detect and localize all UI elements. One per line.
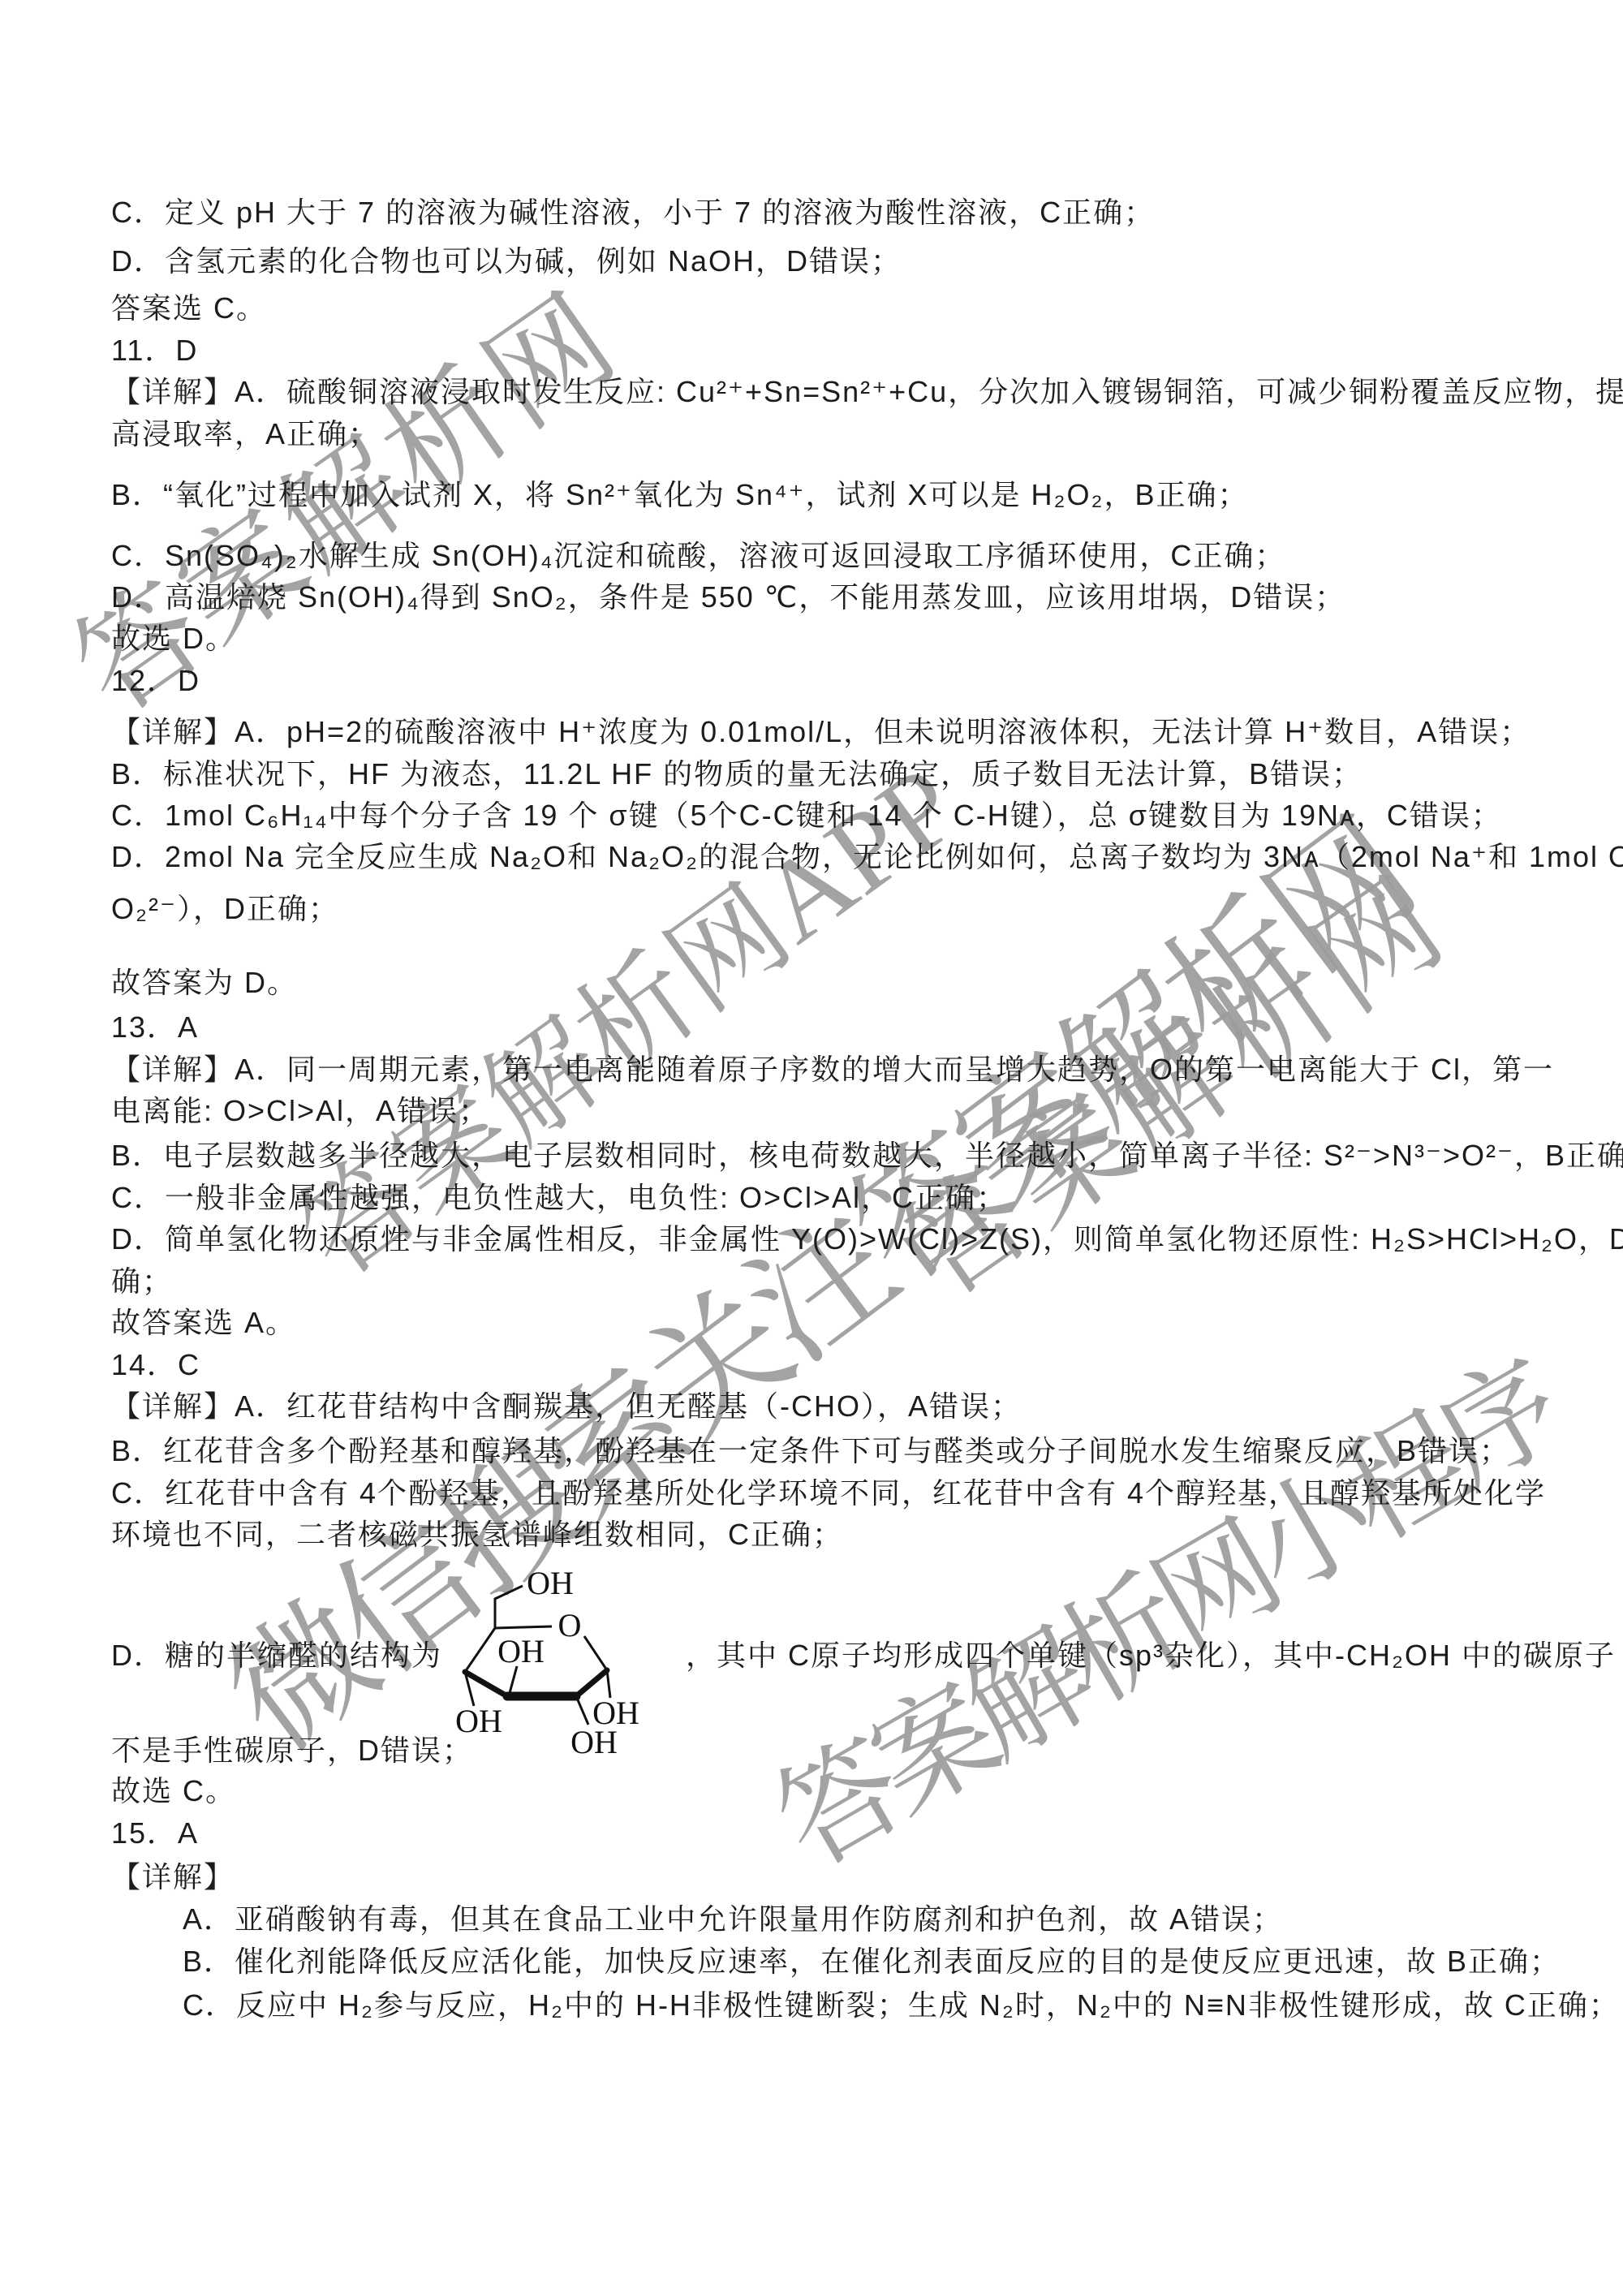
hemiacetal-structure-diagram: O OH OH OH OH OH: [438, 1558, 665, 1773]
q10-option-c-line: C．定义 pH 大于 7 的溶液为碱性溶液，小于 7 的溶液为酸性溶液，C正确；: [111, 193, 1155, 232]
q12-number-line: 12．D: [111, 661, 200, 700]
q10-answer-line: 答案选 C。: [111, 289, 267, 328]
q12-option-d-line-2: O₂²⁻），D正确；: [111, 890, 339, 928]
hydroxyl-label-left: OH: [455, 1703, 502, 1739]
q15-option-a-line: A．亚硝酸钠有毒，但其在食品工业中允许限量用作防腐剂和护色剂，故 A错误；: [183, 1900, 1283, 1939]
q11-option-d-line: D．高温焙烧 Sn(OH)₄得到 SnO₂，条件是 550 ℃，不能用蒸发皿，应…: [111, 578, 1345, 617]
q11-number-line: 11．D: [111, 331, 198, 370]
q14-option-c-line-2: 环境也不同，二者核磁共振氢谱峰组数相同，C正确；: [111, 1515, 843, 1554]
q12-option-b-line: B．标准状况下，HF 为液态，11.2L HF 的物质的量无法确定，质子数目无法…: [111, 755, 1363, 794]
q14-option-d-tail: ，其中 C原子均形成四个单键（sp³杂化），其中-CH₂OH 中的碳原子: [686, 1636, 1616, 1675]
q15-detail-label: 【详解】: [111, 1858, 235, 1897]
q10-option-d-line: D．含氢元素的化合物也可以为碱，例如 NaOH，D错误；: [111, 242, 902, 281]
q13-option-b-line: B．电子层数越多半径越大，电子层数相同时，核电荷数越大，半径越小，简单离子半径:…: [111, 1136, 1623, 1175]
ch2oh-bond: [495, 1586, 523, 1628]
q15-option-c-line: C．反应中 H₂参与反应，H₂中的 H-H非极性键断裂；生成 N₂时，N₂中的 …: [183, 1986, 1620, 2025]
q11-answer-line: 故选 D。: [111, 619, 236, 658]
q13-number-line: 13．A: [111, 1008, 199, 1047]
ring-oxygen-label: O: [558, 1607, 582, 1643]
q12-answer-line: 故答案为 D。: [111, 963, 298, 1002]
q11-option-b-line: B．“氧化”过程中加入试剂 X，将 Sn²⁺氧化为 Sn⁴⁺，试剂 X可以是 H…: [111, 476, 1249, 515]
q14-option-d-lead: D．糖的半缩醛的结构为: [111, 1636, 442, 1675]
bottom-oh-bond: [576, 1696, 588, 1725]
hydroxyl-label-mid: OH: [497, 1633, 545, 1669]
ring-bond-left: [465, 1628, 495, 1672]
q14-option-c-line-1: C．红花苷中含有 4个酚羟基，且酚羟基所处化学环境不同，红花苷中含有 4个醇羟基…: [111, 1474, 1546, 1513]
q12-option-c-line: C．1mol C₆H₁₄中每个分子含 19 个 σ键（5个C-C键和 14 个 …: [111, 796, 1502, 835]
q12-detail-a-line: 【详解】A．pH=2的硫酸溶液中 H⁺浓度为 0.01mol/L，但未说明溶液体…: [111, 713, 1530, 752]
q11-option-c-line: C．Sn(SO₄)₂水解生成 Sn(OH)₄沉淀和硫酸，溶液可返回浸取工序循环使…: [111, 536, 1285, 575]
q14-number-line: 14．C: [111, 1346, 200, 1385]
q15-number-line: 15．A: [111, 1814, 199, 1853]
q13-detail-a-line-2: 电离能: O>Cl>Al，A错误；: [111, 1092, 489, 1131]
q14-detail-a-line: 【详解】A．红花苷结构中含酮羰基，但无醛基（-CHO），A错误；: [111, 1387, 1022, 1426]
q15-option-b-line: B．催化剂能降低反应活化能，加快反应速率，在催化剂表面反应的目的是使反应更迅速，…: [183, 1942, 1561, 1981]
hydroxyl-label-bottom: OH: [570, 1724, 618, 1760]
q11-detail-a-line-1: 【详解】A．硫酸铜溶液浸取时发生反应: Cu²⁺+Sn=Sn²⁺+Cu，分次加入…: [111, 373, 1623, 411]
ring-bond-o-right: [584, 1636, 607, 1670]
q13-option-c-line: C．一般非金属性越强，电负性越大，电负性: O>Cl>Al，C正确；: [111, 1178, 1007, 1217]
q14-option-b-line: B．红花苷含多个酚羟基和醇羟基，酚羟基在一定条件下可与醛类或分子间脱水发生缩聚反…: [111, 1432, 1510, 1471]
document-page: 答案解析网 答案解析网APP 微信搜索关注答案解析网 答案解析网 答案解析网小程…: [0, 0, 1623, 2296]
q14-answer-line: 故选 C。: [111, 1772, 236, 1811]
q13-option-d-line-1: D．简单氢化物还原性与非金属性相反，非金属性 Y(O)>W(Cl)>Z(S)，则…: [111, 1220, 1623, 1259]
q13-option-d-line-2: 确；: [111, 1262, 173, 1301]
q13-detail-a-line-1: 【详解】A．同一周期元素，第一电离能随着原子序数的增大而呈增大趋势，O的第一电离…: [111, 1050, 1554, 1089]
q13-answer-line: 故答案选 A。: [111, 1303, 296, 1342]
anomeric-oh-bond: [607, 1670, 610, 1698]
ring-bond-top: [495, 1626, 552, 1628]
q14-option-d-line-3: 不是手性碳原子，D错误；: [111, 1731, 473, 1770]
hydroxyl-label-top: OH: [527, 1565, 574, 1601]
q11-detail-a-line-2: 高浸取率，A正确；: [111, 415, 379, 454]
q12-option-d-line-1: D．2mol Na 完全反应生成 Na₂O和 Na₂O₂的混合物，无论比例如何，…: [111, 838, 1623, 877]
mid-oh-bond: [510, 1666, 517, 1693]
ring-bond-front-right: [576, 1670, 607, 1696]
watermark-text: 微信搜索关注答案解析网: [181, 769, 1441, 1788]
